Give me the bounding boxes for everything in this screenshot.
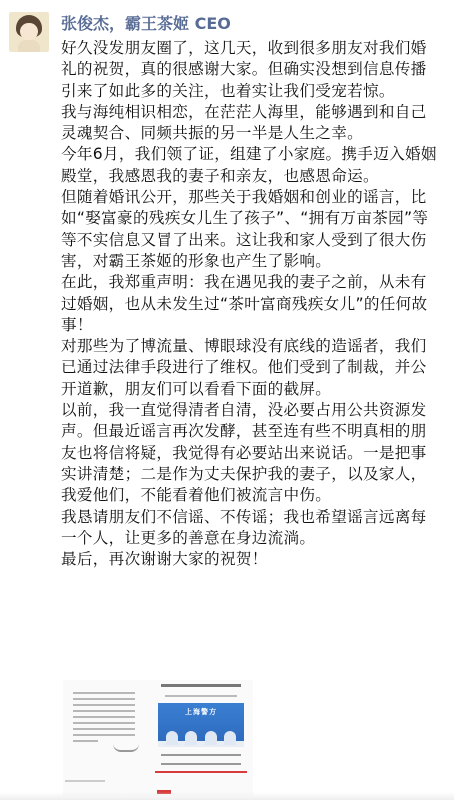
caption-line bbox=[161, 754, 241, 756]
article-meta bbox=[165, 695, 237, 697]
post-paragraph: 但随着婚讯公开，那些关于我婚姻和创业的谣言，比如“娶富豪的残疾女儿生了孩子”、“… bbox=[61, 187, 439, 272]
caption-line bbox=[161, 763, 241, 765]
author-avatar[interactable] bbox=[9, 12, 49, 52]
apology-letter-text bbox=[73, 692, 135, 746]
post-paragraph: 以前，我一直觉得清者自清，没必要占用公共资源发声。但最近谣言再次发酵，甚至连有些… bbox=[61, 400, 439, 506]
attached-screenshot[interactable]: 上海警方 bbox=[63, 680, 253, 796]
post-paragraph: 好久没发朋友圈了，这几天，收到很多朋友对我们婚礼的祝贺，真的很感谢大家。但确实没… bbox=[61, 38, 439, 102]
divider bbox=[155, 771, 247, 773]
post-paragraph: 我恳请朋友们不信谣、不传谣；我也希望谣言远离每一个人，让更多的善意在身边流淌。 bbox=[61, 507, 439, 550]
bottom-edge bbox=[0, 792, 454, 800]
avatar-body bbox=[18, 40, 40, 52]
footer-line bbox=[65, 780, 105, 782]
signature-icon bbox=[113, 740, 139, 752]
avatar-face bbox=[20, 23, 38, 40]
post-paragraph: 我与海纯相识相恋，在茫茫人海里，能够遇到和自己灵魂契合、同频共振的另一半是人生之… bbox=[61, 102, 439, 145]
banner-text: 上海警方 bbox=[158, 707, 244, 717]
post-paragraph: 今年6月，我们领了证，组建了小家庭。携手迈入婚姻殿堂，我感恩我的妻子和亲友，也感… bbox=[61, 144, 439, 187]
post-paragraph: 对那些为了博流量、博眼球没有底线的造谣者，我们已通过法律手段进行了维权。他们受到… bbox=[61, 336, 439, 400]
article-title bbox=[161, 684, 241, 687]
author-name[interactable]: 张俊杰，霸王茶姬 CEO bbox=[61, 14, 231, 34]
post-body: 好久没发朋友圈了，这几天，收到很多朋友对我们婚礼的祝贺，真的很感谢大家。但确实没… bbox=[61, 38, 439, 570]
police-article: 上海警方 bbox=[155, 684, 247, 796]
officials bbox=[162, 731, 240, 745]
post-paragraph: 最后，再次谢谢大家的祝贺！ bbox=[61, 549, 439, 570]
press-conference-photo: 上海警方 bbox=[158, 703, 244, 747]
post-paragraph: 在此，我郑重声明：我在遇见我的妻子之前，从未有过婚姻，也从未发生过“茶叶富商残疾… bbox=[61, 272, 439, 336]
moments-post: 张俊杰，霸王茶姬 CEO 好久没发朋友圈了，这几天，收到很多朋友对我们婚礼的祝贺… bbox=[0, 0, 454, 800]
